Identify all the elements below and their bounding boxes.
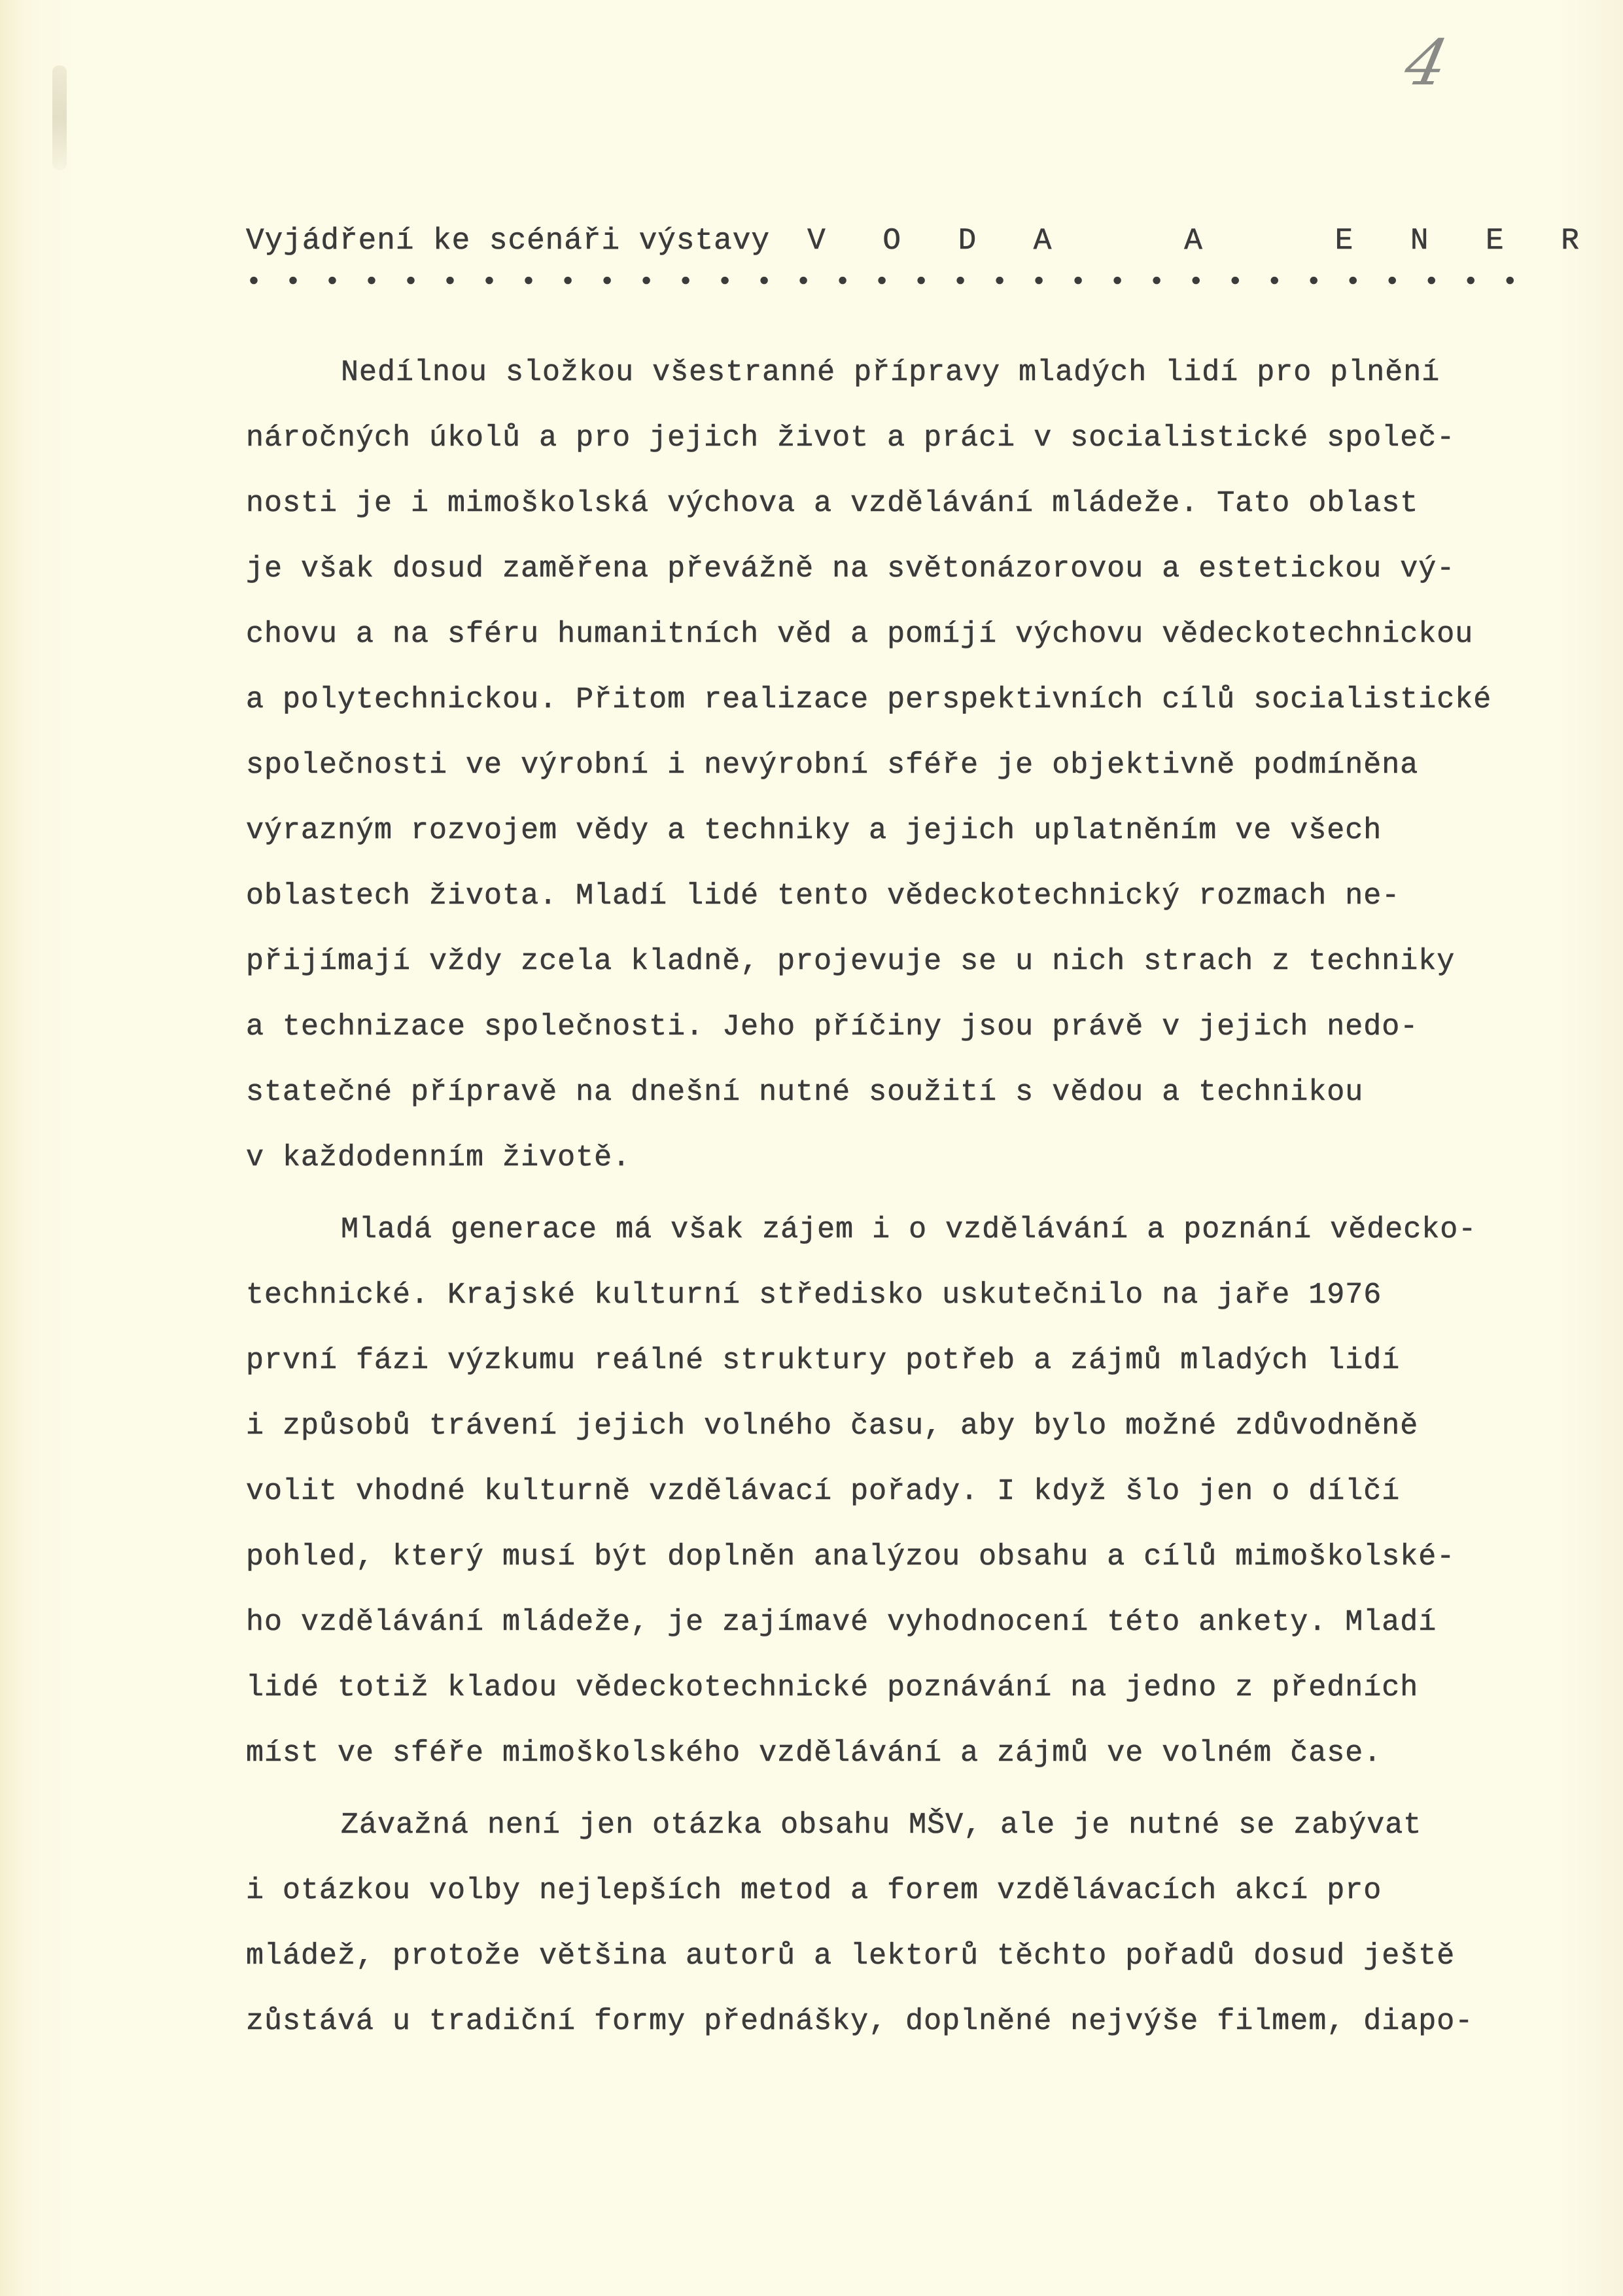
paragraph-1-line: výrazným rozvojem vědy a techniky a jeji…: [246, 811, 1561, 877]
paragraph-1-line: chovu a na sféru humanitních věd a pomíj…: [246, 615, 1561, 680]
paragraph-2-line: míst ve sféře mimoškolského vzdělávání a…: [246, 1734, 1561, 1799]
paragraph-1-line: přijímají vždy zcela kladně, projevuje s…: [246, 942, 1561, 1008]
paragraph-1-line: náročných úkolů a pro jejich život a prá…: [246, 419, 1561, 484]
paragraph-2-line: i způsobů trávení jejich volného času, a…: [246, 1407, 1561, 1472]
paragraph-1-line: Nedílnou složkou všestranné přípravy mla…: [246, 353, 1561, 419]
paragraph-2-line: lidé totiž kladou vědeckotechnické pozná…: [246, 1669, 1561, 1734]
paragraph-2-line: volit vhodné kulturně vzdělávací pořady.…: [246, 1472, 1561, 1538]
paragraph-1-line: společnosti ve výrobní i nevýrobní sféře…: [246, 746, 1561, 811]
paragraph-3-line: i otázkou volby nejlepších metod a forem…: [246, 1871, 1561, 1937]
paragraph-3-line: zůstává u tradiční formy přednášky, dopl…: [246, 2002, 1561, 2068]
handwritten-page-number: 4: [1399, 26, 1454, 99]
paragraph-3-line: mládež, protože většina autorů a lektorů…: [246, 1937, 1561, 2002]
paragraph-2-line: pohled, který musí být doplněn analýzou …: [246, 1538, 1561, 1603]
paragraph-2-line: Mladá generace má však zájem i o vzděláv…: [246, 1210, 1561, 1276]
paragraph-1-line: oblastech života. Mladí lidé tento vědec…: [246, 877, 1561, 942]
paragraph-2-line: technické. Krajské kulturní středisko us…: [246, 1276, 1561, 1341]
paragraph-1-line: je však dosud zaměřena převážně na světo…: [246, 550, 1561, 615]
title-subject: V O D A A E N E R G I E: [807, 224, 1623, 258]
paragraph-3-line: Závažná není jen otázka obsahu MŠV, ale …: [246, 1806, 1561, 1871]
document-title: Vyjádření ke scénáři výstavy V O D A A E…: [246, 224, 1623, 258]
document-page: 4 Vyjádření ke scénáři výstavy V O D A A…: [0, 0, 1623, 2296]
paragraph-2-line: ho vzdělávání mládeže, je zajímavé vyhod…: [246, 1603, 1561, 1669]
document-body: Nedílnou složkou všestranné přípravy mla…: [246, 353, 1561, 2068]
binding-hole-mark: [52, 65, 67, 170]
paragraph-1-line: a technizace společnosti. Jeho příčiny j…: [246, 1008, 1561, 1073]
title-prefix: Vyjádření ke scénáři výstavy: [246, 224, 770, 258]
paragraph-2-line: první fázi výzkumu reálné struktury potř…: [246, 1341, 1561, 1407]
paragraph-1-line: statečné přípravě na dnešní nutné soužit…: [246, 1073, 1561, 1139]
title-separator: • • • • • • • • • • • • • • • • • • • • …: [246, 268, 1522, 298]
paragraph-1-line: nosti je i mimoškolská výchova a vzděláv…: [246, 484, 1561, 550]
paragraph-1-line: a polytechnickou. Přitom realizace persp…: [246, 680, 1561, 746]
paragraph-1-line: v každodenním životě.: [246, 1139, 1561, 1204]
